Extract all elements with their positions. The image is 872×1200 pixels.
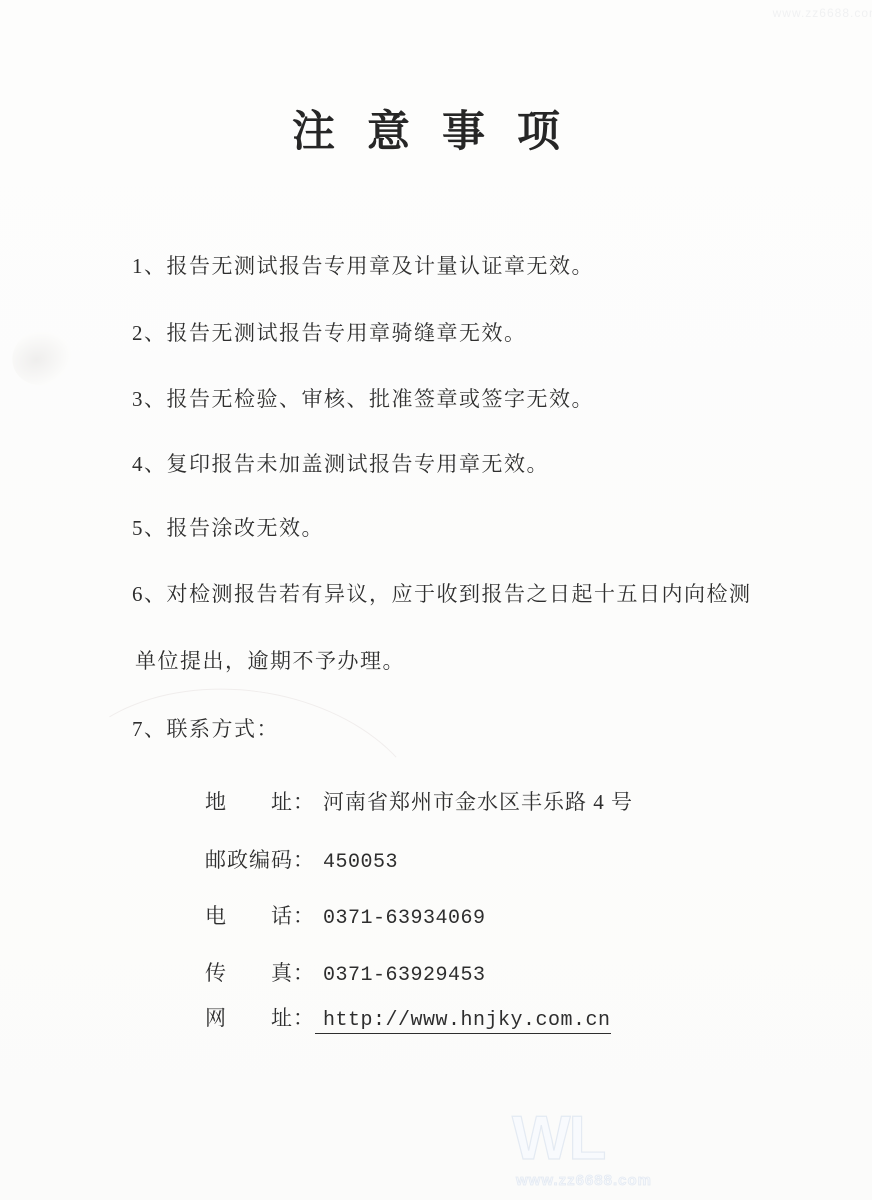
website-value: http://www.hnjky.com.cn (315, 1009, 611, 1034)
contact-row-phone: 电 话：0371-63934069 (205, 900, 486, 930)
watermark: WL www.zz6688.com (512, 1108, 712, 1189)
address-label: 地 址： (205, 786, 315, 816)
notice-item-5: 5、报告涂改无效。 (132, 512, 324, 542)
postcode-label: 邮政编码： (205, 844, 315, 874)
fax-value: 0371-63929453 (315, 964, 486, 987)
contact-row-postcode: 邮政编码：450053 (205, 844, 398, 874)
notice-item-3: 3、报告无检验、审核、批准签章或签字无效。 (132, 383, 594, 413)
watermark-logo: WL (512, 1108, 712, 1170)
notice-item-6-line2: 单位提出，逾期不予办理。 (135, 645, 405, 675)
scan-smudge (4, 321, 79, 393)
notice-item-2: 2、报告无测试报告专用章骑缝章无效。 (132, 317, 527, 347)
watermark-url: www.zz6688.com (516, 1172, 712, 1189)
contact-row-address: 地 址：河南省郑州市金水区丰乐路 4 号 (205, 786, 633, 816)
website-label: 网 址： (205, 1002, 315, 1032)
notice-item-6-line1: 6、对检测报告若有异议，应于收到报告之日起十五日内向检测 (132, 578, 752, 608)
contact-row-fax: 传 真：0371-63929453 (205, 957, 486, 987)
postcode-value: 450053 (315, 851, 398, 874)
phone-value: 0371-63934069 (315, 907, 486, 930)
phone-label: 电 话： (205, 900, 315, 930)
contact-row-website: 网 址：http://www.hnjky.com.cn (205, 1002, 611, 1034)
address-value: 河南省郑州市金水区丰乐路 4 号 (315, 786, 633, 816)
corner-watermark-text: www.zz6688.com (773, 6, 872, 20)
fax-label: 传 真： (205, 957, 315, 987)
page-title: 注意事项 (292, 98, 592, 159)
scan-arc-artifact (34, 665, 449, 978)
notice-item-1: 1、报告无测试报告专用章及计量认证章无效。 (132, 250, 594, 280)
notice-item-4: 4、复印报告未加盖测试报告专用章无效。 (132, 448, 549, 478)
scanned-document-page: www.zz6688.com 注意事项 1、报告无测试报告专用章及计量认证章无效… (0, 0, 872, 1200)
notice-item-7: 7、联系方式： (132, 713, 279, 743)
